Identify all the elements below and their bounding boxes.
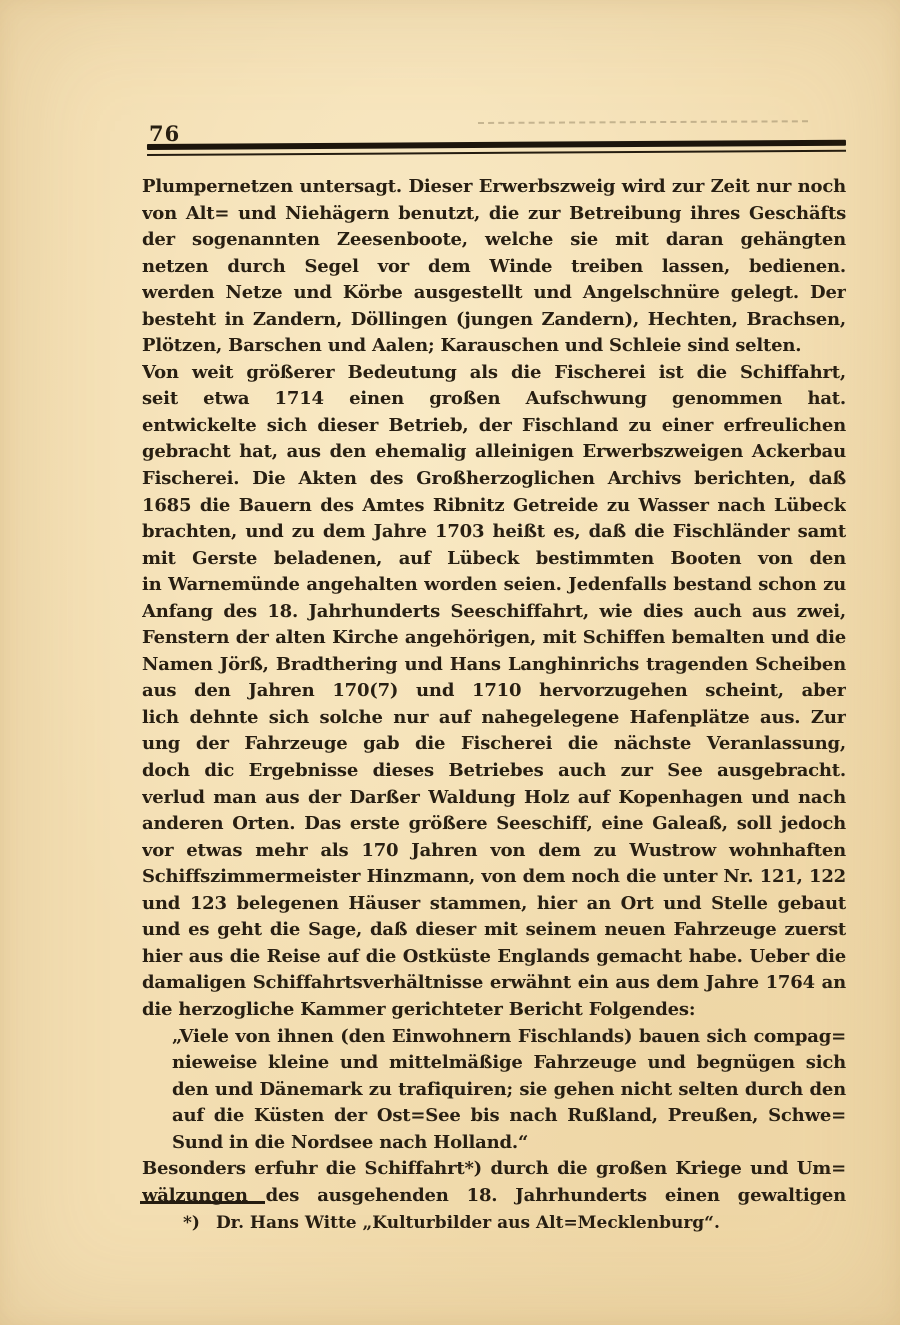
text-line: Fischerei. Die Akten des Großherzogliche… bbox=[142, 466, 846, 493]
text-line: entwickelte sich dieser Betrieb, der Fis… bbox=[142, 413, 846, 440]
text-line: besteht in Zandern, Döllingen (jungen Za… bbox=[142, 307, 846, 334]
body-text: Plumpernetzen untersagt. Dieser Erwerbsz… bbox=[142, 174, 846, 1209]
text-line: hier aus die Reise auf die Ostküste Engl… bbox=[142, 944, 846, 971]
text-line: Besonders erfuhr die Schiffahrt*) durch … bbox=[142, 1156, 846, 1183]
text-line: brachten, und zu dem Jahre 1703 heißt es… bbox=[142, 519, 846, 546]
text-line: der sogenannten Zeesenboote, welche sie … bbox=[142, 227, 846, 254]
text-line: lich dehnte sich solche nur auf nahegele… bbox=[142, 705, 846, 732]
text-line: Plumpernetzen untersagt. Dieser Erwerbsz… bbox=[142, 174, 846, 201]
text-line: vor etwas mehr als 170 Jahren von dem zu… bbox=[142, 838, 846, 865]
text-line: Plötzen, Barschen und Aalen; Karauschen … bbox=[142, 333, 846, 360]
pencil-mark bbox=[478, 120, 808, 124]
text-line: ung der Fahrzeuge gab die Fischerei die … bbox=[142, 731, 846, 758]
text-line: anderen Orten. Das erste größere Seeschi… bbox=[142, 811, 846, 838]
text-line: „Viele von ihnen (den Einwohnern Fischla… bbox=[142, 1024, 846, 1051]
text-line: Namen Jörß, Bradthering und Hans Langhin… bbox=[142, 652, 846, 679]
text-line: mit Gerste beladenen, auf Lübeck bestimm… bbox=[142, 546, 846, 573]
text-line: werden Netze und Körbe ausgestellt und A… bbox=[142, 280, 846, 307]
header-rule-thin bbox=[147, 150, 846, 156]
book-page: 76 Plumpernetzen untersagt. Dieser Erwer… bbox=[0, 0, 900, 1325]
text-line: wälzungen des ausgehenden 18. Jahrhunder… bbox=[142, 1183, 846, 1210]
text-line: Fenstern der alten Kirche angehörigen, m… bbox=[142, 625, 846, 652]
text-line: die herzogliche Kammer gerichteter Beric… bbox=[142, 997, 846, 1024]
text-line: und es geht die Sage, daß dieser mit sei… bbox=[142, 917, 846, 944]
footnote: *)Dr. Hans Witte „Kulturbilder aus Alt=M… bbox=[183, 1211, 803, 1235]
text-line: doch dic Ergebnisse dieses Betriebes auc… bbox=[142, 758, 846, 785]
text-line: Schiffszimmermeister Hinzmann, von dem n… bbox=[142, 864, 846, 891]
footnote-separator bbox=[140, 1201, 265, 1204]
text-line: Sund in die Nordsee nach Holland.“ bbox=[142, 1130, 846, 1157]
text-line: 1685 die Bauern des Amtes Ribnitz Getrei… bbox=[142, 493, 846, 520]
text-line: den und Dänemark zu trafiquiren; sie geh… bbox=[142, 1077, 846, 1104]
text-line: Von weit größerer Bedeutung als die Fisc… bbox=[142, 360, 846, 387]
footnote-marker: *) bbox=[183, 1213, 200, 1233]
text-line: verlud man aus der Darßer Waldung Holz a… bbox=[142, 785, 846, 812]
text-line: Anfang des 18. Jahrhunderts Seeschiffahr… bbox=[142, 599, 846, 626]
text-line: und 123 belegenen Häuser stammen, hier a… bbox=[142, 891, 846, 918]
text-line: seit etwa 1714 einen großen Aufschwung g… bbox=[142, 386, 846, 413]
header-rule-thick bbox=[147, 140, 846, 150]
text-line: auf die Küsten der Ost=See bis nach Rußl… bbox=[142, 1103, 846, 1130]
text-line: aus den Jahren 170(7) und 1710 hervorzug… bbox=[142, 678, 846, 705]
header-rule bbox=[147, 140, 846, 156]
text-line: von Alt= und Niehägern benutzt, die zur … bbox=[142, 201, 846, 228]
footnote-text: Dr. Hans Witte „Kulturbilder aus Alt=Mec… bbox=[216, 1213, 720, 1233]
text-line: netzen durch Segel vor dem Winde treiben… bbox=[142, 254, 846, 281]
text-line: gebracht hat, aus den ehemalig alleinige… bbox=[142, 439, 846, 466]
text-line: in Warnemünde angehalten worden seien. J… bbox=[142, 572, 846, 599]
page-number: 76 bbox=[149, 121, 180, 146]
text-line: damaligen Schiffahrtsverhältnisse erwähn… bbox=[142, 970, 846, 997]
text-line: nieweise kleine und mittelmäßige Fahrzeu… bbox=[142, 1050, 846, 1077]
